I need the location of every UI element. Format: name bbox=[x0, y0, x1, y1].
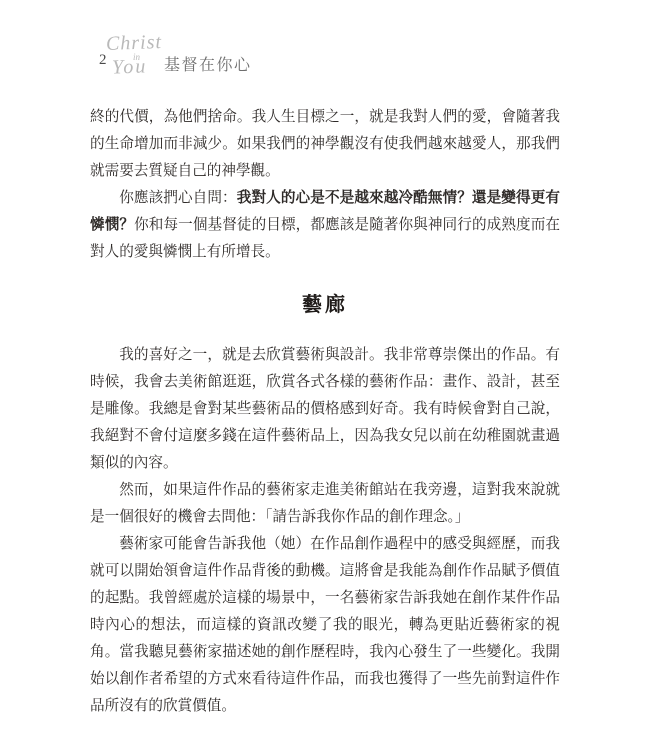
section-heading-gallery: 藝廊 bbox=[90, 290, 560, 320]
brand-logo-word-you: You bbox=[112, 55, 148, 79]
paragraph-continued: 終的代價，為他們捨命。我人生目標之一，就是我對人們的愛，會隨著我的生命增加而非減… bbox=[90, 104, 560, 185]
paragraph-self-question-lead: 你應該捫心自問： bbox=[119, 190, 237, 206]
book-page: { "header": { "page_number": "2", "logo"… bbox=[0, 0, 650, 750]
paragraph-artist-story: 藝術家可能會告訴我他（她）在作品創作過程中的感受與經歷，而我就可以開始領會這件作… bbox=[90, 531, 560, 720]
paragraph-meeting-artist: 然而，如果這件作品的藝術家走進美術館站在我旁邊，這對我來說就是一個很好的機會去問… bbox=[90, 477, 560, 531]
paragraph-self-question-rest: 你和每一個基督徒的目標，都應該是隨著你與神同行的成熟度而在對人的愛與憐憫上有所增… bbox=[90, 217, 560, 260]
book-title: 基督在你心 bbox=[164, 52, 252, 75]
page-body: 終的代價，為他們捨命。我人生目標之一，就是我對人們的愛，會隨著我的生命增加而非減… bbox=[90, 104, 560, 720]
paragraph-self-question: 你應該捫心自問：我對人的心是不是越來越冷酷無情？還是變得更有憐憫？你和每一個基督… bbox=[90, 185, 560, 266]
brand-logo: Christ in You bbox=[104, 30, 166, 80]
paragraph-art-hobby: 我的喜好之一，就是去欣賞藝術與設計。我非常尊崇傑出的作品。有時候，我會去美術館逛… bbox=[90, 342, 560, 477]
